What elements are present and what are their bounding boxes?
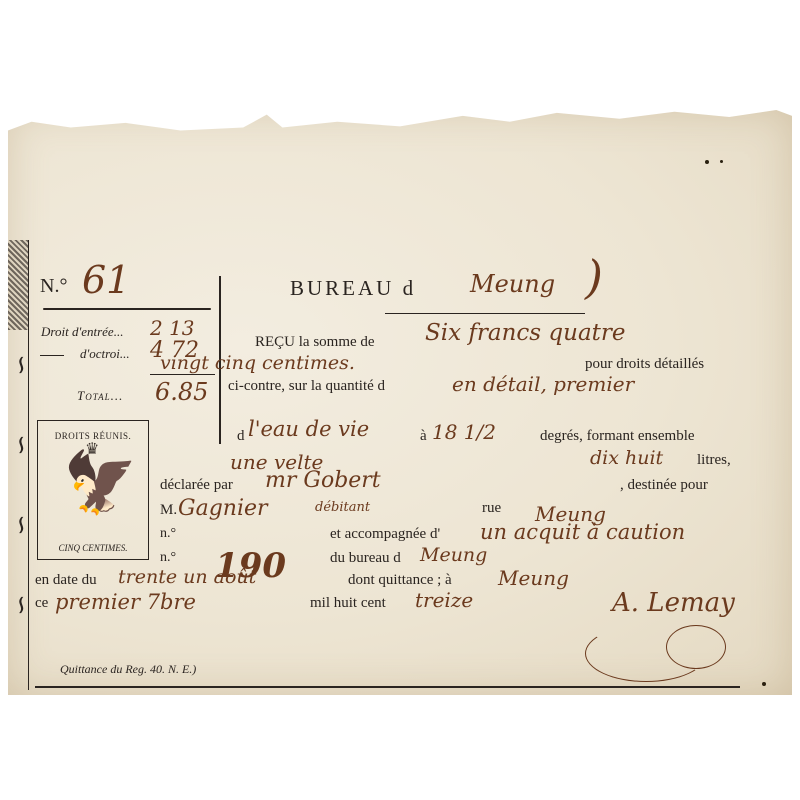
- destinee-label: , destinée pour: [620, 477, 708, 494]
- en-date-value: trente un août: [118, 566, 256, 588]
- debitant-value: débitant: [315, 500, 370, 515]
- degres-label: degrés, formant ensemble: [540, 428, 695, 445]
- droit-entree-value: 2 13: [150, 316, 195, 340]
- d-value: l'eau de vie: [248, 417, 369, 441]
- accompagnee-value: un acquit à caution: [480, 520, 685, 544]
- scroll-ornament-icon: ∽: [6, 354, 36, 376]
- declaree-value: mr Gobert: [265, 468, 381, 493]
- total-value: 6.85: [155, 378, 208, 406]
- scroll-ornament-icon: ∽: [6, 514, 36, 536]
- ci-contre-label: ci-contre, sur la quantité d: [228, 378, 385, 395]
- signature-flourish: [585, 625, 707, 682]
- droits-reunis-stamp: DROITS RÉUNIS. ♛ 🦅 CINQ CENTIMES.: [37, 420, 149, 560]
- sum-rule: [150, 374, 215, 375]
- footer-text: Quittance du Reg. 40. N. E.): [60, 662, 196, 677]
- number-brace-rule: [43, 308, 211, 310]
- accompagnee-label: et accompagnée d': [330, 526, 440, 543]
- number-label: N.°: [40, 275, 67, 298]
- recu-value-2: vingt cinq centimes.: [160, 352, 355, 374]
- bureau-underline: [385, 313, 585, 314]
- imperial-eagle-icon: 🦅: [63, 453, 138, 513]
- scroll-ornament-icon: ∽: [6, 594, 36, 616]
- paper-speck: [705, 160, 709, 164]
- droit-entree-label: Droit d'entrée...: [41, 324, 123, 340]
- paper-speck: [720, 160, 723, 163]
- no2-label: n.°: [160, 550, 176, 566]
- scroll-ornament-icon: ∽: [6, 434, 36, 456]
- d-label: d: [237, 428, 245, 445]
- ornamental-border: ∽ ∽ ∽ ∽: [8, 240, 29, 690]
- a-label: à: [420, 428, 427, 445]
- litres-value: dix huit: [590, 447, 663, 469]
- octroi-label: d'octroi...: [80, 346, 130, 362]
- degrees-value: 18 1/2: [432, 420, 496, 444]
- ce-value: premier 7bre: [55, 590, 196, 614]
- footer-rule: [35, 686, 740, 688]
- total-label: Total...: [77, 388, 123, 404]
- declaree-label: déclarée par: [160, 477, 233, 494]
- rue-label: rue: [482, 500, 501, 517]
- m-label: M.: [160, 502, 177, 519]
- stamp-bottom-text: CINQ CENTIMES.: [38, 543, 148, 553]
- number-value: 61: [82, 258, 130, 302]
- litres-label: litres,: [697, 452, 731, 469]
- quittance-label: dont quittance ; à: [348, 572, 452, 589]
- mil-value: treize: [415, 588, 473, 612]
- recu-label: REÇU la somme de: [255, 334, 375, 351]
- recu-value-1: Six francs quatre: [425, 320, 626, 346]
- no1-label: n.°: [160, 526, 176, 542]
- du-bureau-value: Meung: [420, 544, 487, 566]
- quittance-value: Meung: [498, 566, 569, 590]
- bureau-value: Meung: [470, 270, 555, 298]
- quantite-value: en détail, premier: [452, 372, 634, 396]
- bureau-label: BUREAU d: [290, 276, 416, 301]
- bureau-flourish: ): [585, 250, 603, 304]
- en-date-label: en date du: [35, 572, 97, 589]
- signature: A. Lemay: [612, 588, 735, 618]
- m-value: Gagnier: [178, 496, 268, 521]
- border-hatch-pattern: [8, 240, 28, 330]
- mil-label: mil huit cent: [310, 595, 386, 612]
- pour-droits-label: pour droits détaillés: [585, 356, 704, 373]
- octroi-dash: [40, 355, 64, 356]
- du-bureau-label: du bureau d: [330, 550, 401, 567]
- paper-speck: [762, 682, 766, 686]
- ce-label: ce: [35, 595, 48, 612]
